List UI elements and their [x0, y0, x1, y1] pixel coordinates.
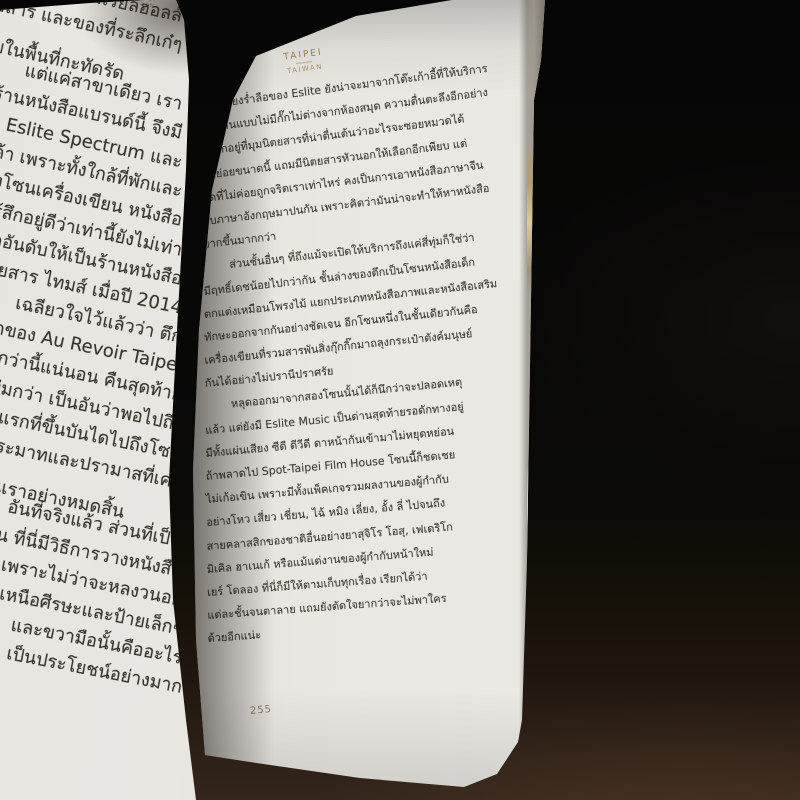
book-photo-scene: { "book": { "left_page": { "header": { "…: [0, 0, 800, 800]
fore-edge-gold-glint-bottom: [527, 650, 542, 750]
fore-edge-silver-glint-middle: [527, 465, 542, 580]
fore-edge-gold-glint-top: [527, 135, 542, 295]
book-fore-edge: [519, 0, 545, 762]
